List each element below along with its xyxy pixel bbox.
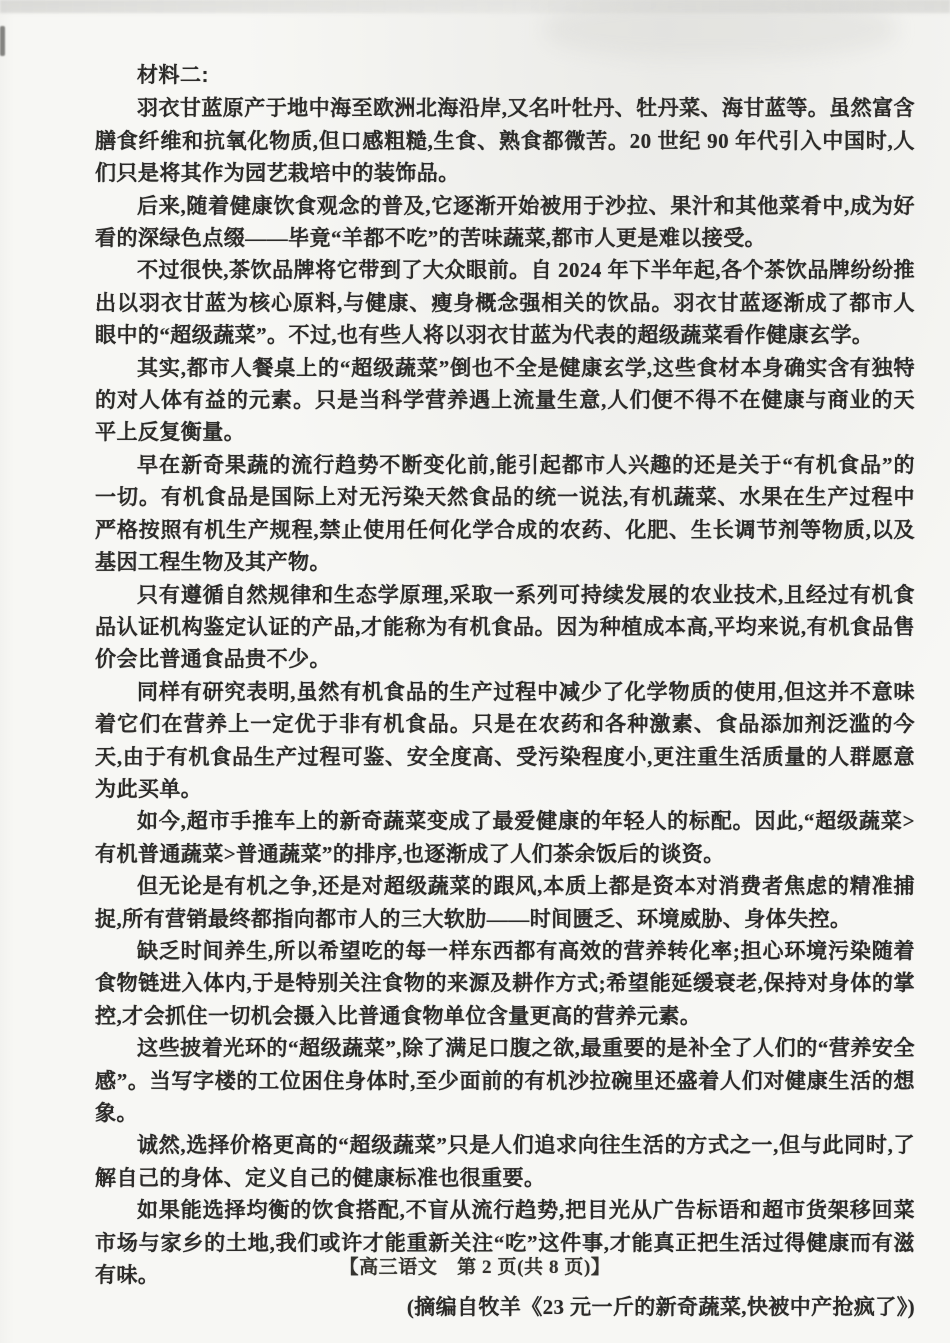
scan-artifact-top-blob xyxy=(545,0,895,58)
body-paragraph: 后来,随着健康饮食观念的普及,它逐渐开始被用于沙拉、果汁和其他菜肴中,成为好看的… xyxy=(95,190,915,255)
body-paragraph: 这些披着光环的“超级蔬菜”,除了满足口腹之欲,最重要的是补全了人们的“营养安全感… xyxy=(95,1032,915,1129)
body-paragraph: 但无论是有机之争,还是对超级蔬菜的跟风,本质上都是资本对消费者焦虑的精准捕捉,所… xyxy=(95,870,915,935)
body-paragraph: 同样有研究表明,虽然有机食品的生产过程中减少了化学物质的使用,但这并不意味着它们… xyxy=(95,676,915,806)
body-paragraph: 缺乏时间养生,所以希望吃的每一样东西都有高效的营养转化率;担心环境污染随着食物链… xyxy=(95,935,915,1032)
body-paragraph: 其实,都市人餐桌上的“超级蔬菜”倒也不全是健康玄学,这些食材本身确实含有独特的对… xyxy=(95,352,915,449)
scan-artifact-left-mark xyxy=(0,26,5,56)
source-attribution: (摘编自牧羊《23 元一斤的新奇蔬菜,快被中产抢疯了》) xyxy=(95,1291,915,1323)
body-paragraph: 羽衣甘蓝原产于地中海至欧洲北海沿岸,又名叶牡丹、牡丹菜、海甘蓝等。虽然富含膳食纤… xyxy=(95,92,915,189)
material-heading: 材料二: xyxy=(95,60,915,92)
body-paragraph: 只有遵循自然规律和生态学原理,采取一系列可持续发展的农业技术,且经过有机食品认证… xyxy=(95,579,915,676)
body-paragraph: 早在新奇果蔬的流行趋势不断变化前,能引起都市人兴趣的还是关于“有机食品”的一切。… xyxy=(95,449,915,579)
scanned-exam-page: { "doc": { "material_label": "材料二:", "pa… xyxy=(0,0,950,1343)
body-paragraph: 诚然,选择价格更高的“超级蔬菜”只是人们追求向往生活的方式之一,但与此同时,了解… xyxy=(95,1129,915,1194)
document-body: 材料二: 羽衣甘蓝原产于地中海至欧洲北海沿岸,又名叶牡丹、牡丹菜、海甘蓝等。虽然… xyxy=(95,60,915,1324)
body-paragraph: 不过很快,茶饮品牌将它带到了大众眼前。自 2024 年下半年起,各个茶饮品牌纷纷… xyxy=(95,254,915,351)
body-paragraph: 如今,超市手推车上的新奇蔬菜变成了最爱健康的年轻人的标配。因此,“超级蔬菜>有机… xyxy=(95,805,915,870)
page-footer: 【高三语文 第 2 页(共 8 页)】 xyxy=(0,1252,950,1279)
